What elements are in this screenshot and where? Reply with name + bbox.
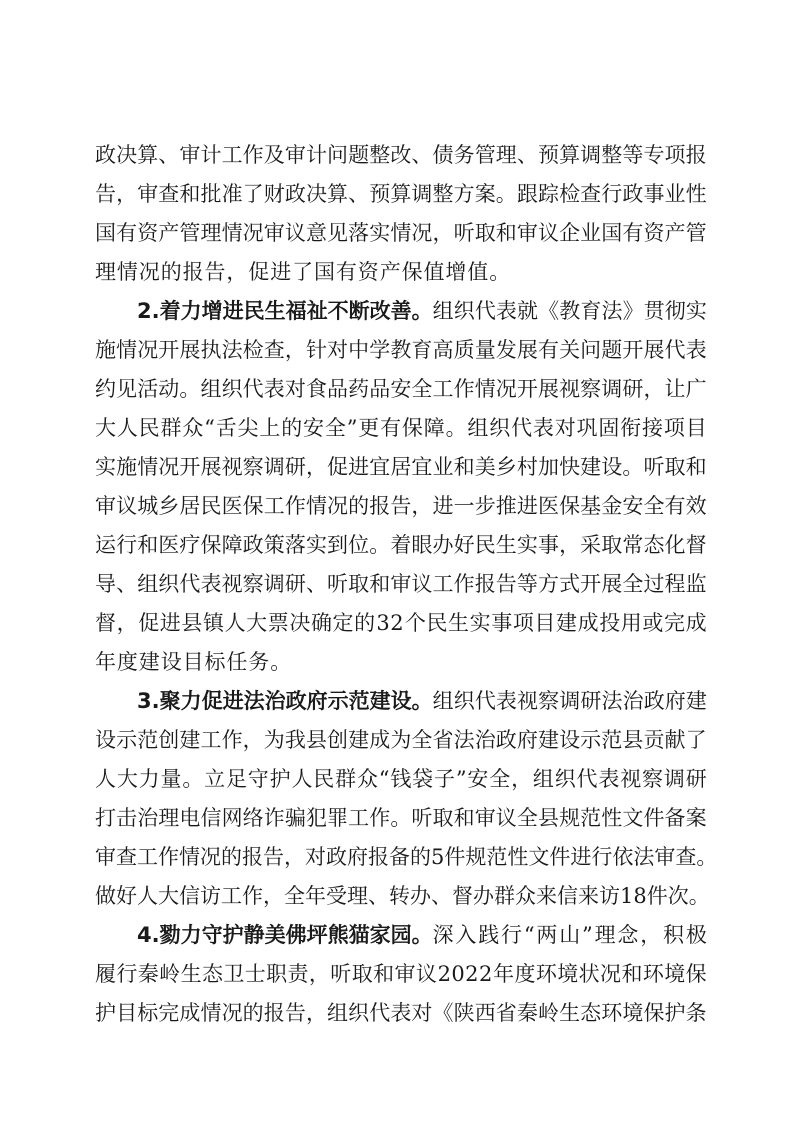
text-line: 打击治理电信网络诈骗犯罪工作。听取和审议全县规范性文件备案	[95, 799, 707, 838]
paragraph-ecology: 4.勠力守护静美佛坪熊猫家园。深入践行“两山”理念，积极履行秦岭生态卫士职责，听…	[95, 916, 707, 1033]
text-line: 导、组织代表视察调研、听取和审议工作报告等方式开展全过程监	[95, 565, 707, 604]
paragraph-fiscal-oversight-continued: 政决算、审计工作及审计问题整改、债务管理、预算调整等专项报告，审查和批准了财政决…	[95, 136, 707, 292]
section-heading: 4.勠力守护静美佛坪熊猫家园。	[137, 916, 433, 955]
text-line: 约见活动。组织代表对食品药品安全工作情况开展视察调研，让广	[95, 370, 707, 409]
text-line: 督，促进县镇人大票决确定的 32 个民生实事项目建成投用或完成	[95, 604, 707, 643]
line-text: 组织代表就《教育法》贯彻实	[433, 292, 707, 331]
line-text: 年度建设目标任务。	[95, 643, 292, 682]
document-body: 政决算、审计工作及审计问题整改、债务管理、预算调整等专项报告，审查和批准了财政决…	[95, 136, 707, 1033]
text-line: 告，审查和批准了财政决算、预算调整方案。跟踪检查行政事业性	[95, 175, 707, 214]
text-line: 大人民群众“舌尖上的安全”更有保障。组织代表对巩固衔接项目	[95, 409, 707, 448]
text-line: 理情况的报告，促进了国有资产保值增值。	[95, 253, 707, 292]
text-line: 运行和医疗保障政策落实到位。着眼办好民生实事，采取常态化督	[95, 526, 707, 565]
text-line: 3.聚力促进法治政府示范建设。组织代表视察调研法治政府建	[95, 682, 707, 721]
paragraph-livelihood: 2.着力增进民生福祉不断改善。组织代表就《教育法》贯彻实施情况开展执法检查，针对…	[95, 292, 707, 682]
line-text: 深入践行“两山”理念，积极	[433, 916, 707, 955]
text-line: 设示范创建工作，为我县创建成为全省法治政府建设示范县贡献了	[95, 721, 707, 760]
text-line: 政决算、审计工作及审计问题整改、债务管理、预算调整等专项报	[95, 136, 707, 175]
paragraph-rule-of-law: 3.聚力促进法治政府示范建设。组织代表视察调研法治政府建设示范创建工作，为我县创…	[95, 682, 707, 916]
section-heading: 3.聚力促进法治政府示范建设。	[137, 682, 433, 721]
text-line: 实施情况开展视察调研，促进宜居宜业和美乡村加快建设。听取和	[95, 448, 707, 487]
text-line: 4.勠力守护静美佛坪熊猫家园。深入践行“两山”理念，积极	[95, 916, 707, 955]
text-line: 人大力量。立足守护人民群众“钱袋子”安全，组织代表视察调研	[95, 760, 707, 799]
text-line: 施情况开展执法检查，针对中学教育高质量发展有关问题开展代表	[95, 331, 707, 370]
line-text: 理情况的报告，促进了国有资产保值增值。	[95, 253, 511, 292]
text-line: 履行秦岭生态卫士职责，听取和审议 2022 年度环境状况和环境保	[95, 955, 707, 994]
line-text: 组织代表视察调研法治政府建	[433, 682, 707, 721]
text-line: 护目标完成情况的报告，组织代表对《陕西省秦岭生态环境保护条	[95, 994, 707, 1033]
text-line: 审议城乡居民医保工作情况的报告，进一步推进医保基金安全有效	[95, 487, 707, 526]
document-page: 政决算、审计工作及审计问题整改、债务管理、预算调整等专项报告，审查和批准了财政决…	[0, 0, 793, 1122]
text-line: 审查工作情况的报告，对政府报备的 5 件规范性文件进行依法审查。	[95, 838, 707, 877]
text-line: 做好人大信访工作，全年受理、转办、督办群众来信来访 18 件次。	[95, 877, 707, 916]
section-heading: 2.着力增进民生福祉不断改善。	[137, 292, 433, 331]
text-line: 年度建设目标任务。	[95, 643, 707, 682]
text-line: 2.着力增进民生福祉不断改善。组织代表就《教育法》贯彻实	[95, 292, 707, 331]
text-line: 国有资产管理情况审议意见落实情况，听取和审议企业国有资产管	[95, 214, 707, 253]
